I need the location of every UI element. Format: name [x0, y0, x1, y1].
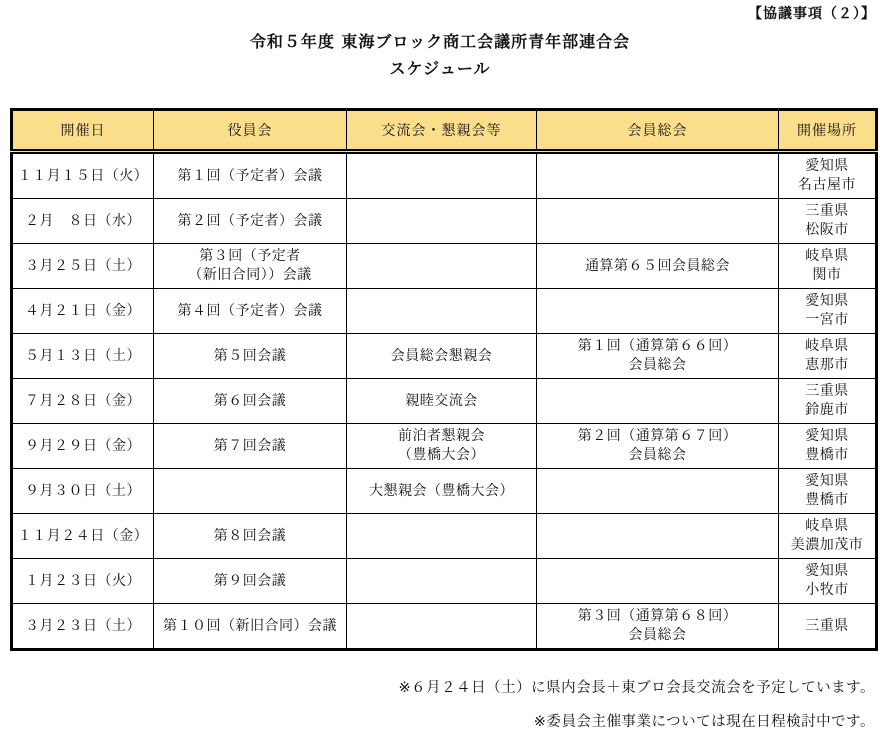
header-general-assembly: 会員総会: [537, 110, 779, 152]
table-row: １１月１５日（火）第１回（予定者）会議愛知県名古屋市: [12, 152, 877, 199]
table-header-row: 開催日 役員会 交流会・懇親会等 会員総会 開催場所: [12, 110, 877, 152]
document-page: 【協議事項（２）】 令和５年度 東海ブロック商工会議所青年部連合会 スケジュール…: [0, 0, 880, 735]
cell-board: 第１回（予定者）会議: [154, 152, 347, 199]
cell-exchange: [347, 244, 537, 289]
cell-assembly: [537, 559, 779, 604]
cell-place: 三重県松阪市: [779, 199, 877, 244]
cell-date: ９月２９日（金）: [12, 424, 154, 469]
table-row: ３月２３日（土）第１０回（新旧合同）会議第３回（通算第６８回）会員総会三重県: [12, 604, 877, 650]
cell-place: 愛知県名古屋市: [779, 152, 877, 199]
cell-assembly: [537, 199, 779, 244]
cell-assembly: [537, 289, 779, 334]
cell-exchange: [347, 152, 537, 199]
cell-place: 愛知県一宮市: [779, 289, 877, 334]
cell-place: 三重県鈴鹿市: [779, 379, 877, 424]
cell-exchange: [347, 514, 537, 559]
cell-place: 愛知県豊橋市: [779, 469, 877, 514]
cell-date: ５月１３日（土）: [12, 334, 154, 379]
cell-place: 岐阜県美濃加茂市: [779, 514, 877, 559]
cell-assembly: [537, 152, 779, 199]
cell-place: 岐阜県関市: [779, 244, 877, 289]
cell-date: ３月２３日（土）: [12, 604, 154, 650]
cell-board: 第９回会議: [154, 559, 347, 604]
table-row: ３月２５日（土）第３回（予定者（新旧合同））会議通算第６５回会員総会岐阜県関市: [12, 244, 877, 289]
table-row: ２月 ８日（水）第２回（予定者）会議三重県松阪市: [12, 199, 877, 244]
cell-assembly: [537, 379, 779, 424]
cell-assembly: 第３回（通算第６８回）会員総会: [537, 604, 779, 650]
cell-board: 第４回（予定者）会議: [154, 289, 347, 334]
header-venue: 開催場所: [779, 110, 877, 152]
cell-exchange: 親睦交流会: [347, 379, 537, 424]
cell-exchange: [347, 604, 537, 650]
cell-assembly: 第１回（通算第６６回）会員総会: [537, 334, 779, 379]
footnote-exchange-meeting: ※６月２４日（土）に県内会長＋東ブロ会長交流会を予定しています。: [399, 676, 876, 697]
cell-exchange: [347, 199, 537, 244]
cell-date: ７月２８日（金）: [12, 379, 154, 424]
cell-board: 第６回会議: [154, 379, 347, 424]
cell-date: １１月２４日（金）: [12, 514, 154, 559]
cell-place: 三重県: [779, 604, 877, 650]
table-row: １１月２４日（金）第８回会議岐阜県美濃加茂市: [12, 514, 877, 559]
cell-assembly: [537, 469, 779, 514]
cell-exchange: 前泊者懇親会（豊橋大会）: [347, 424, 537, 469]
cell-board: 第５回会議: [154, 334, 347, 379]
table-row: ４月２１日（金）第４回（予定者）会議愛知県一宮市: [12, 289, 877, 334]
cell-date: ９月３０日（土）: [12, 469, 154, 514]
cell-board: 第２回（予定者）会議: [154, 199, 347, 244]
cell-assembly: 通算第６５回会員総会: [537, 244, 779, 289]
cell-board: 第３回（予定者（新旧合同））会議: [154, 244, 347, 289]
cell-place: 岐阜県恵那市: [779, 334, 877, 379]
cell-assembly: [537, 514, 779, 559]
cell-date: １月２３日（火）: [12, 559, 154, 604]
footnote-committee-events: ※委員会主催事業については現在日程検討中です。: [399, 710, 876, 731]
cell-exchange: 会員総会懇親会: [347, 334, 537, 379]
cell-date: １１月１５日（火）: [12, 152, 154, 199]
page-title: 令和５年度 東海ブロック商工会議所青年部連合会: [0, 29, 880, 52]
cell-date: ４月２１日（金）: [12, 289, 154, 334]
table-row: ５月１３日（土）第５回会議会員総会懇親会第１回（通算第６６回）会員総会岐阜県恵那…: [12, 334, 877, 379]
cell-board: [154, 469, 347, 514]
cell-date: ２月 ８日（水）: [12, 199, 154, 244]
header-board-meeting: 役員会: [154, 110, 347, 152]
page-subtitle: スケジュール: [0, 56, 880, 79]
cell-board: 第１０回（新旧合同）会議: [154, 604, 347, 650]
table-row: １月２３日（火）第９回会議愛知県小牧市: [12, 559, 877, 604]
cell-place: 愛知県豊橋市: [779, 424, 877, 469]
footnotes: ※６月２４日（土）に県内会長＋東ブロ会長交流会を予定しています。 ※委員会主催事…: [399, 676, 876, 731]
cell-board: 第７回会議: [154, 424, 347, 469]
cell-assembly: 第２回（通算第６７回）会員総会: [537, 424, 779, 469]
cell-board: 第８回会議: [154, 514, 347, 559]
table-row: ９月２９日（金）第７回会議前泊者懇親会（豊橋大会）第２回（通算第６７回）会員総会…: [12, 424, 877, 469]
cell-exchange: [347, 559, 537, 604]
cell-place: 愛知県小牧市: [779, 559, 877, 604]
schedule-table: 開催日 役員会 交流会・懇親会等 会員総会 開催場所 １１月１５日（火）第１回（…: [10, 108, 878, 651]
cell-date: ３月２５日（土）: [12, 244, 154, 289]
header-date: 開催日: [12, 110, 154, 152]
table-row: ９月３０日（土）大懇親会（豊橋大会）愛知県豊橋市: [12, 469, 877, 514]
agenda-item-corner-label: 【協議事項（２）】: [748, 3, 876, 23]
header-exchange-party: 交流会・懇親会等: [347, 110, 537, 152]
cell-exchange: [347, 289, 537, 334]
table-row: ７月２８日（金）第６回会議親睦交流会三重県鈴鹿市: [12, 379, 877, 424]
cell-exchange: 大懇親会（豊橋大会）: [347, 469, 537, 514]
